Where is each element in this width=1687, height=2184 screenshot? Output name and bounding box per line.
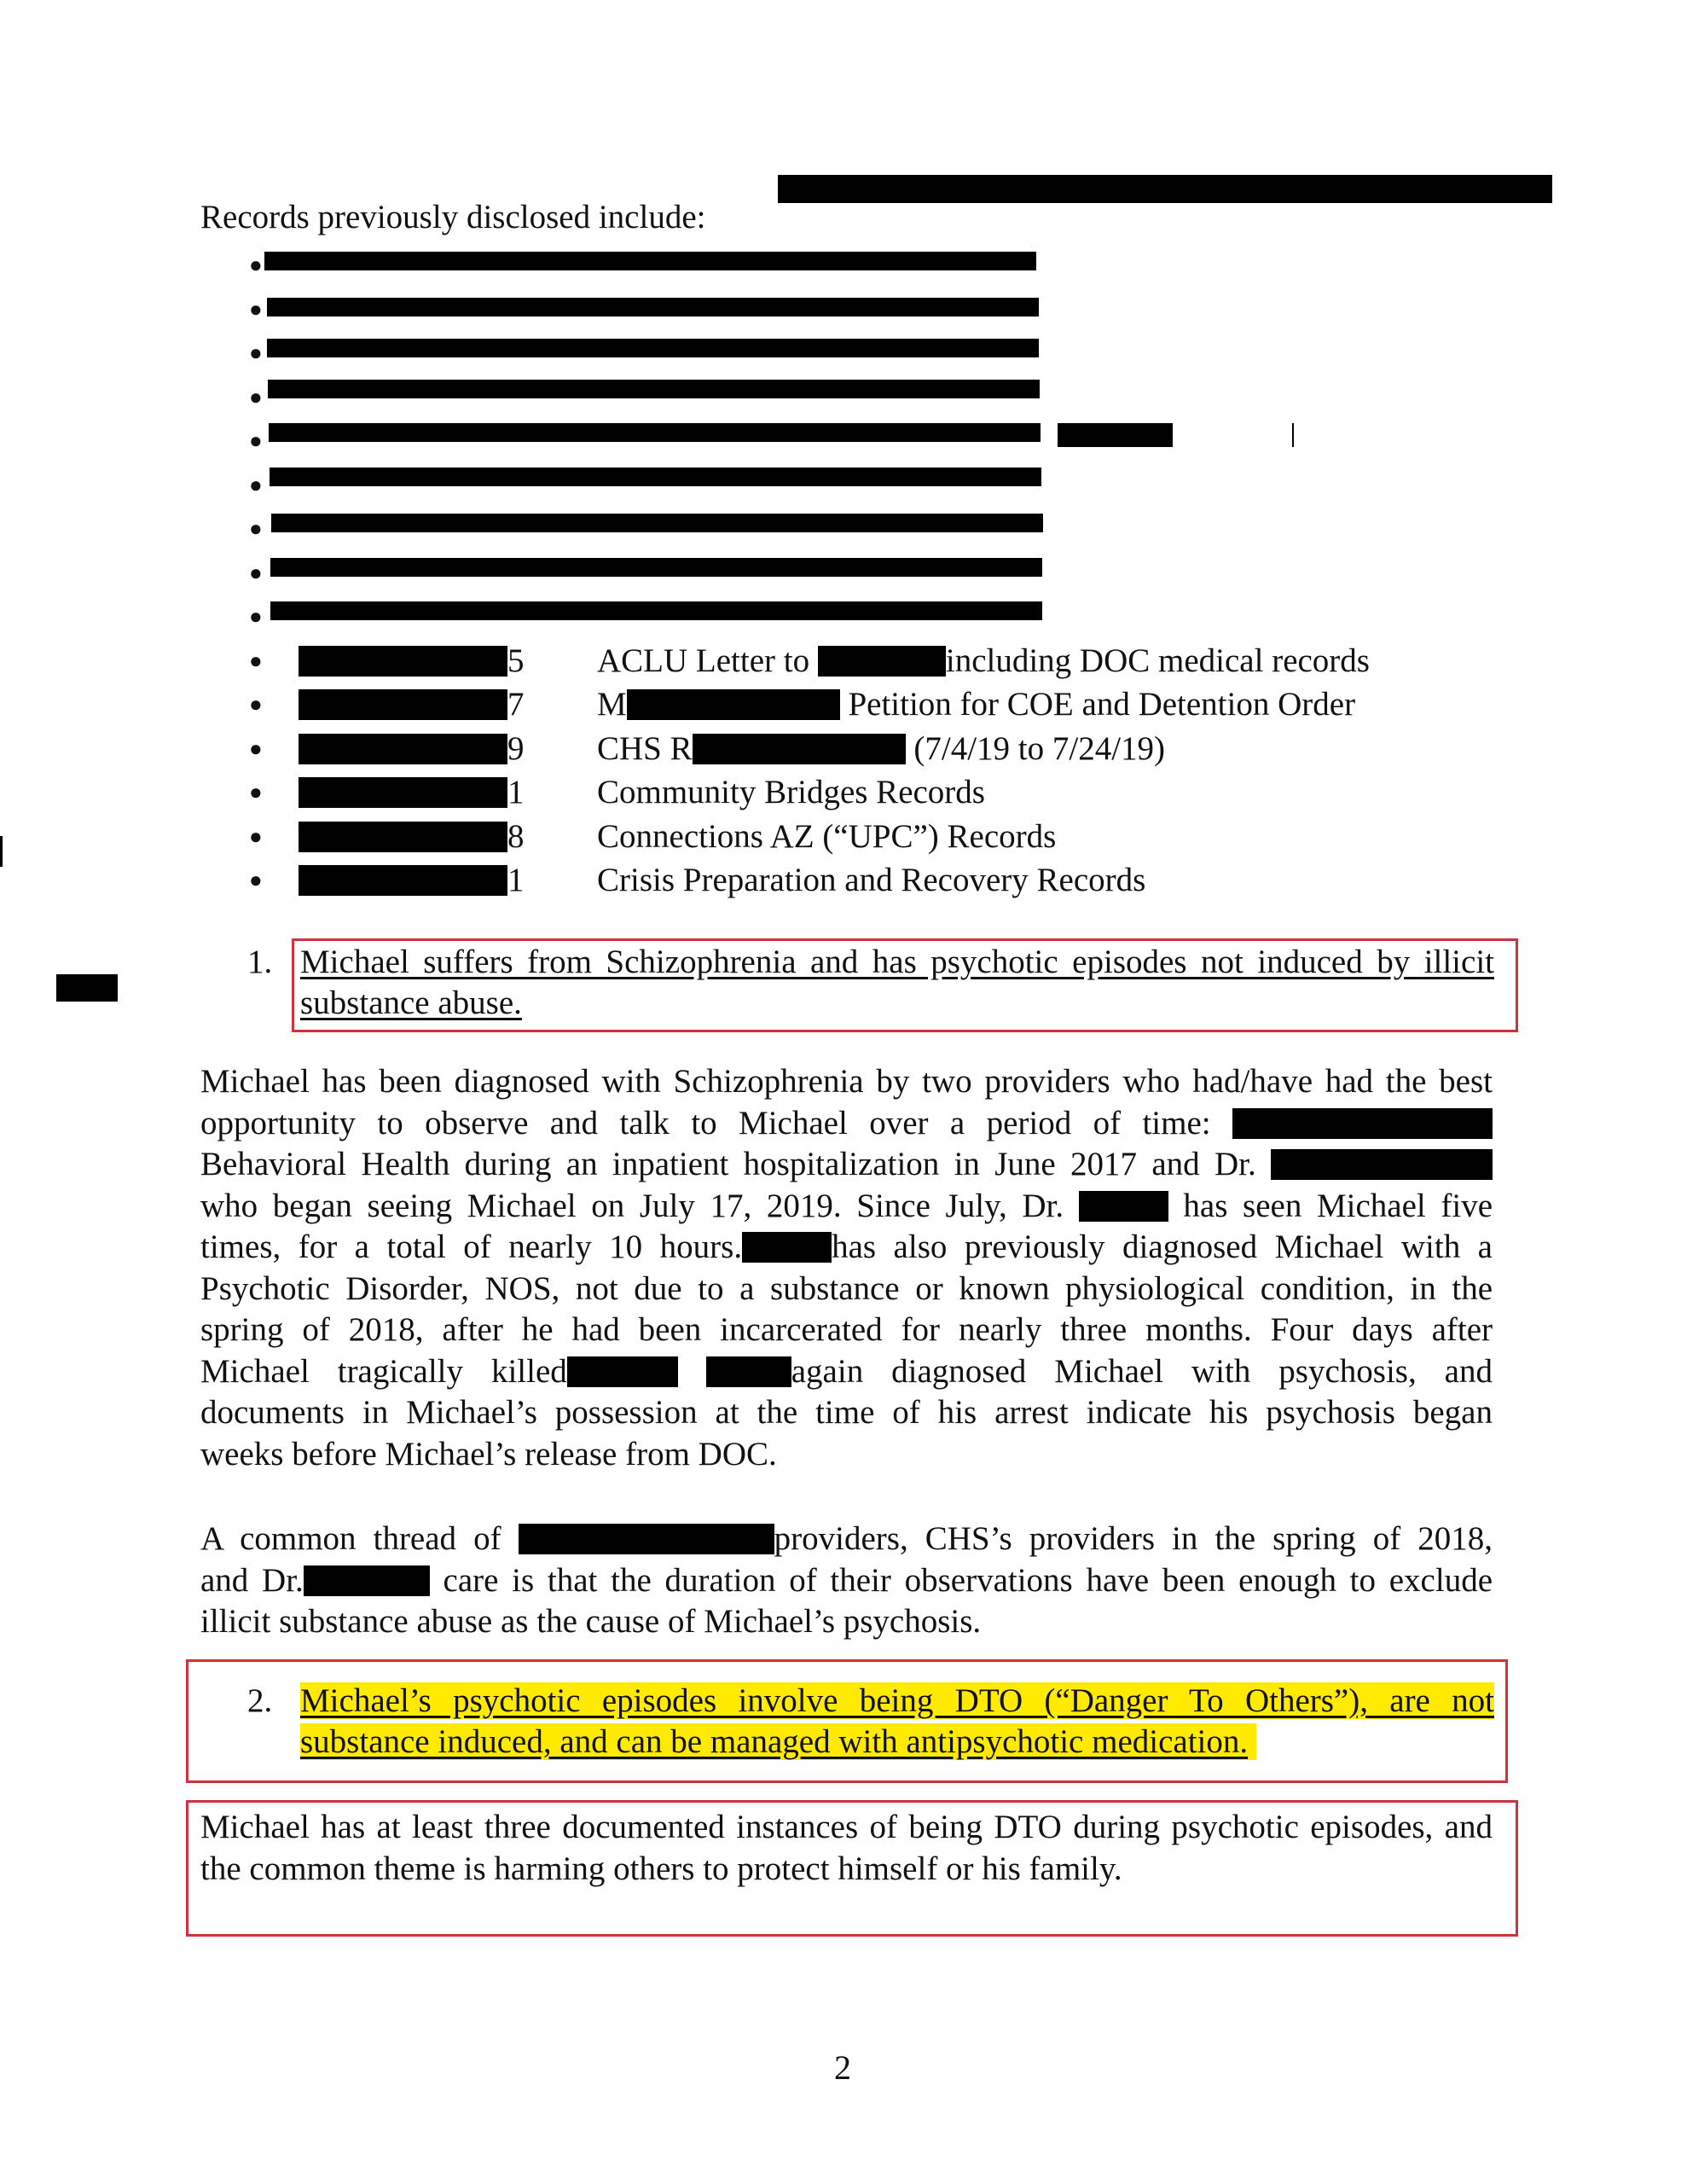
- redaction-bar: [304, 1565, 430, 1596]
- redaction-bar: [299, 777, 507, 808]
- bullet-icon: ●: [249, 595, 263, 639]
- bullet-icon: ●: [249, 551, 263, 595]
- paragraph-common-thread: A common thread of providers, CHS’s prov…: [200, 1519, 1493, 1643]
- highlighted-text: Michael’s psychotic episodes involve bei…: [300, 1682, 1494, 1719]
- redaction-bar: [519, 1524, 774, 1554]
- bullet-icon: ●: [249, 288, 263, 332]
- record-description: M Petition for COE and Detention Order: [597, 682, 1355, 727]
- bullet-icon: ●: [249, 639, 263, 683]
- redaction-bar: [567, 1356, 678, 1387]
- records-list: ● ● ● ● ● ● ● ● ● ● 5 ACLU Letter to inc…: [239, 243, 1518, 903]
- redaction-bar: [1232, 1108, 1493, 1139]
- redaction-bar: [778, 175, 1552, 203]
- list-item: ● 7 M Petition for COE and Detention Ord…: [239, 682, 1518, 727]
- redaction-bar: [268, 380, 1040, 398]
- bullet-icon: ●: [249, 507, 263, 551]
- redaction-bar: [271, 514, 1043, 532]
- list-item: ●: [239, 375, 1518, 420]
- record-description: Connections AZ (“UPC”) Records: [597, 815, 1056, 859]
- document-page: Records previously disclosed include: ● …: [0, 0, 1687, 2184]
- list-item: ● 8 Connections AZ (“UPC”) Records: [239, 815, 1518, 859]
- redaction-bar: [299, 646, 507, 677]
- list-item: ●: [239, 419, 1518, 463]
- redaction-bar: [270, 601, 1042, 620]
- bates-range: 1: [299, 858, 529, 903]
- bates-range: 9: [299, 727, 529, 771]
- redaction-bar: [1079, 1191, 1168, 1222]
- record-description: CHS R (7/4/19 to 7/24/19): [597, 727, 1165, 771]
- bullet-icon: ●: [249, 770, 263, 815]
- bullet-icon: ●: [249, 419, 263, 463]
- redaction-bar: [299, 689, 507, 720]
- list-item: ● 1 Community Bridges Records: [239, 770, 1518, 815]
- bullet-icon: ●: [249, 815, 263, 859]
- redaction-bar: [742, 1232, 832, 1263]
- record-description: Crisis Preparation and Recovery Records: [597, 858, 1145, 903]
- paragraph-dto-instances: Michael has at least three documented in…: [200, 1807, 1493, 1890]
- redaction-bar: [270, 468, 1041, 486]
- redaction-bar: [299, 734, 507, 764]
- list-item: ●: [239, 331, 1518, 375]
- redaction-bar: [267, 339, 1039, 357]
- redaction-bar: [627, 689, 840, 720]
- heading-number: 2.: [247, 1681, 272, 1722]
- records-intro: Records previously disclosed include:: [200, 198, 705, 236]
- heading-text: Michael’s psychotic episodes involve bei…: [300, 1681, 1494, 1763]
- bullet-icon: ●: [249, 243, 263, 288]
- highlighted-text: substance induced, and can be managed wi…: [300, 1723, 1256, 1760]
- redaction-bar: [299, 865, 507, 896]
- list-item: ● 5 ACLU Letter to including DOC medical…: [239, 639, 1518, 683]
- list-item: ● 1 Crisis Preparation and Recovery Reco…: [239, 858, 1518, 903]
- margin-line: [1292, 423, 1294, 447]
- redaction-bar: [269, 423, 1041, 442]
- list-item: ● 9 CHS R (7/4/19 to 7/24/19): [239, 727, 1518, 771]
- list-item: ●: [239, 551, 1518, 595]
- bullet-icon: ●: [249, 463, 263, 508]
- heading-number: 1.: [247, 942, 272, 983]
- bullet-icon: ●: [249, 727, 263, 771]
- list-item: ●: [239, 507, 1518, 551]
- bullet-icon: ●: [249, 682, 263, 727]
- redaction-bar: [1271, 1149, 1493, 1180]
- bullet-icon: ●: [249, 331, 263, 375]
- bullet-icon: ●: [249, 375, 263, 420]
- page-number: 2: [834, 2047, 851, 2088]
- bates-range: 7: [299, 682, 529, 727]
- record-description: Community Bridges Records: [597, 770, 985, 815]
- redaction-bar: [1058, 423, 1173, 447]
- record-description: ACLU Letter to including DOC medical rec…: [597, 639, 1370, 683]
- heading-text: Michael suffers from Schizophrenia and h…: [300, 942, 1494, 1024]
- redaction-bar: [693, 734, 906, 764]
- list-item: ●: [239, 243, 1518, 288]
- bates-range: 1: [299, 770, 529, 815]
- redaction-bar: [270, 558, 1042, 577]
- redaction-bar: [818, 646, 946, 677]
- redaction-bar: [299, 822, 507, 852]
- redaction-bar: [267, 298, 1039, 317]
- bates-range: 8: [299, 815, 529, 859]
- margin-line: [0, 836, 3, 867]
- paragraph-diagnosis: Michael has been diagnosed with Schizoph…: [200, 1061, 1493, 1475]
- bates-range: 5: [299, 639, 529, 683]
- list-item: ●: [239, 595, 1518, 639]
- list-item: ●: [239, 463, 1518, 508]
- redaction-bar: [264, 252, 1036, 270]
- redaction-bar: [56, 974, 118, 1002]
- bullet-icon: ●: [249, 858, 263, 903]
- redaction-bar: [706, 1356, 791, 1387]
- list-item: ●: [239, 288, 1518, 332]
